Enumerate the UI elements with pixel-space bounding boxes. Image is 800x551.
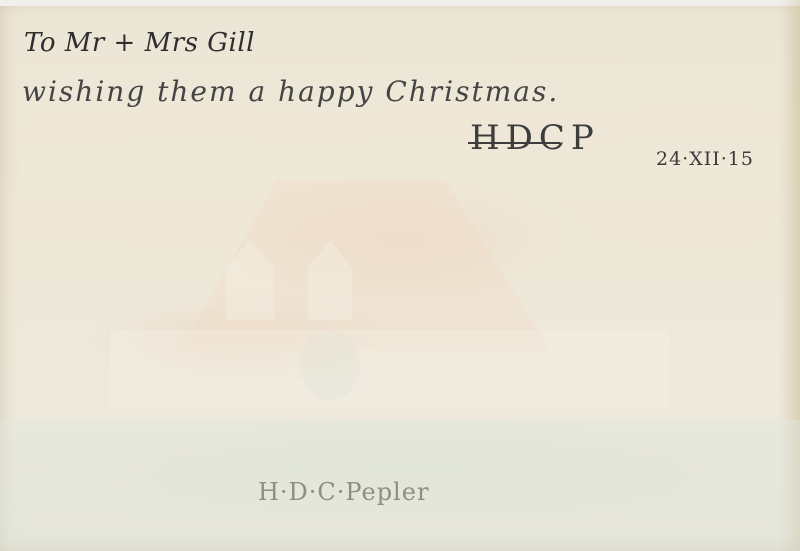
date-inscription: 24·XII·15 [656, 148, 754, 170]
faded-tree [300, 330, 360, 400]
christmas-card: To Mr + Mrs Gill wishing them a happy Ch… [0, 0, 800, 551]
greeting-line: To Mr + Mrs Gill [24, 28, 255, 58]
artist-signature: H·D·C·Pepler [258, 478, 429, 506]
faded-cottage-wall [110, 330, 670, 410]
signature-initials: HDCP [470, 118, 600, 158]
paper-top-edge [0, 0, 800, 6]
message-line: wishing them a happy Christmas. [22, 75, 559, 108]
